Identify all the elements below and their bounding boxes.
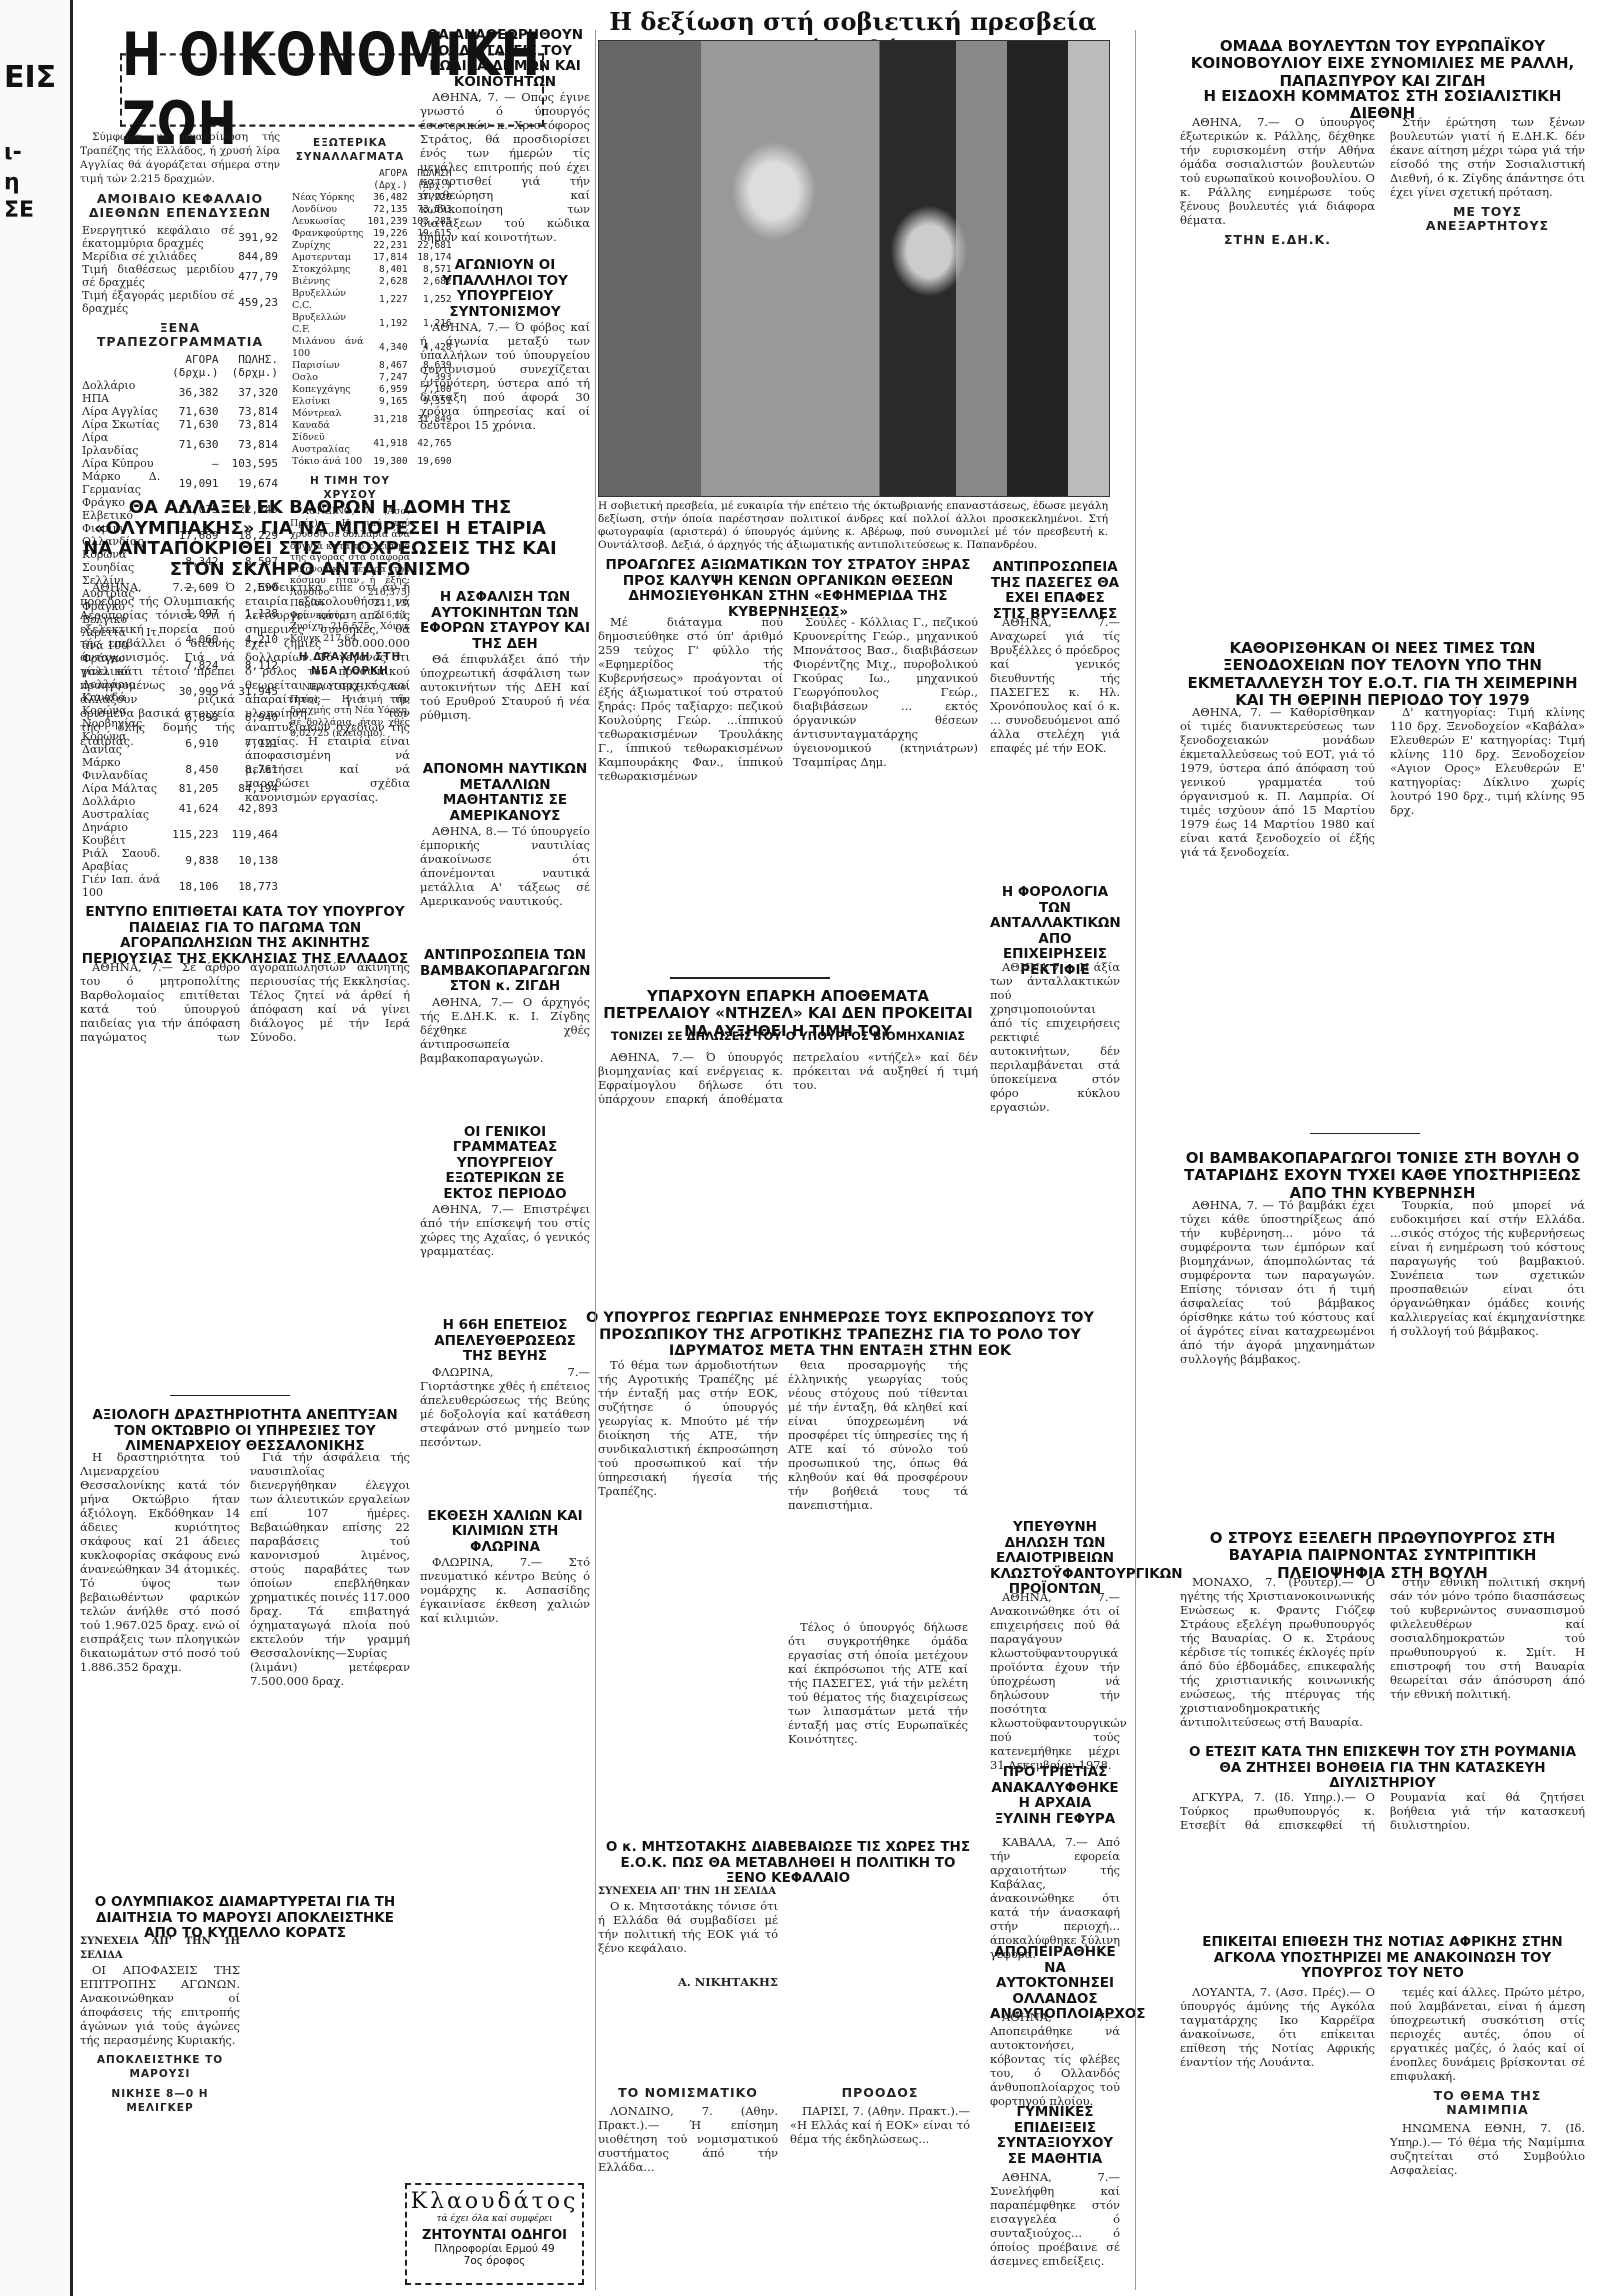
gold-sovereign-note: Σύμφωνα μέ ανακοίνωση τής Τραπέζης τής Ε… [80, 130, 280, 186]
article-agri-col3: Τέλος ό ύπουργός δήλωσε ότι συγκροτήθηκε… [788, 1620, 968, 1749]
article-hotels-col2: Δ' κατηγορίας: Τιμή κλίνης 110 δρχ. Ξενο… [1390, 705, 1585, 820]
article-strauss-col1: ΜΟΝΑΧΟ, 7. (Ρόυτερ).— Ο ηγέτης τής Χριστ… [1180, 1575, 1375, 1732]
divider [170, 1395, 290, 1396]
column-rule [595, 30, 596, 2290]
headline: Η 66Η ΕΠΕΤΕΙΟΣ ΑΠΕΛΕΥΘΕΡΩΣΕΩΣ ΤΗΣ ΒΕΥΗΣ [420, 1318, 590, 1365]
embassy-reception-photo [598, 40, 1110, 497]
headline-agri-bank: Ο ΥΠΟΥΡΓΟΣ ΓΕΩΡΓΙΑΣ ΕΝΗΜΕΡΩΣΕ ΤΟΥΣ ΕΚΠΡΟ… [570, 1310, 1110, 1360]
headline: ΟΙ ΓΕΝΙΚΟΙ ΓΡΑΜΜΑΤΕΑΣ ΥΠΟΥΡΓΕΙΟΥ ΕΞΩΤΕΡΙ… [420, 1125, 590, 1203]
column-rule [1135, 30, 1136, 2290]
headline-declaration: ΥΠΕΥΘΥΝΗ ΔΗΛΩΣΗ ΤΩΝ ΕΛΑΙΟΤΡΙΒΕΙΩΝ ΚΛΩΣΤΟ… [990, 1520, 1120, 1598]
table-row: Τιμή διαθέσεως μεριδίου σέ δραχμές477,79 [80, 263, 280, 289]
table-row: Ενεργητικό κεφάλαιο σέ έκατομμύρια δραχμ… [80, 224, 280, 250]
article-agri-col2: θεια προσαρμογής τής έλληνικής γεωργίας … [788, 1358, 968, 1515]
article-officer: ΑΘΗΝΑ, 7.— Αποπειράθηκε νά αυτοκτονήσει,… [990, 2010, 1120, 2111]
headline: ΑΠΟΝΟΜΗ ΝΑΥΤΙΚΩΝ ΜΕΤΑΛΛΙΩΝ ΜΑΘΗΤΑΝΤΙΣ ΣΕ… [420, 762, 590, 824]
article-hotels-col1: ΑΘΗΝΑ, 7. — Καθορίσθηκαν οί τιμές διανυκ… [1180, 705, 1375, 862]
article-port-col1: Η δραστηριότητα τού Λιμεναρχείου Θεσσαλο… [80, 1450, 240, 1677]
headline-angola: ΕΠΙΚΕΙΤΑΙ ΕΠΙΘΕΣΗ ΤΗΣ ΝΟΤΙΑΣ ΑΦΡΙΚΗΣ ΣΤΗ… [1180, 1935, 1585, 1982]
table-row: Λίρα Κύπρου—103,595 [80, 457, 280, 470]
table-row: Λίρα Σκωτίας71,63073,814 [80, 418, 280, 431]
mutual-fund-title: ΑΜΟΙΒΑΙΟ ΚΕΦΑΛΑΙΟ ΔΙΕΘΝΩΝ ΕΠΕΝΔΥΣΕΩΝ [80, 192, 280, 220]
headline-port: ΑΞΙΟΛΟΓΗ ΔΡΑΣΤΗΡΙΟΤΗΤΑ ΑΝΕΠΤΥΞΑΝ ΤΟΝ ΟΚΤ… [80, 1408, 410, 1455]
ad-headline: ΖΗΤΟΥΝΤΑΙ ΟΔΗΓΟΙ [407, 2228, 582, 2243]
ad-address: Πληροφορίαι Ερμού 49 [407, 2243, 582, 2255]
headline-strauss: Ο ΣΤΡΟΥΣ ΕΞΕΛΕΓΗ ΠΡΩΘΥΠΟΥΡΓΟΣ ΣΤΗ ΒΑΥΑΡΙ… [1180, 1530, 1585, 1582]
ad-brand: Κλαουδάτος [407, 2189, 582, 2214]
article-olympic-col2: Ενδεικτικά είπε ότι άν ή εταιρία εξακολο… [245, 580, 410, 807]
article-strauss-col2: στήν εθνική πολιτική σκηνή σάν τόν μόνο … [1390, 1575, 1585, 1704]
table-row: Γιέν Ιαπ. άνά 10018,10618,773 [80, 873, 280, 899]
headline: ΑΝΤΙΠΡΟΣΩΠΕΙΑ ΤΩΝ ΒΑΜΒΑΚΟΠΑΡΑΓΩΓΩΝ ΣΤΟΝ … [420, 948, 590, 995]
article-church: ΑΘΗΝΑ, 7.— Σέ άρθρο του ό μητροπολίτης Β… [80, 960, 410, 1360]
headline-meps: ΟΜΑΔΑ ΒΟΥΛΕΥΤΩΝ ΤΟΥ ΕΥΡΩΠΑΪΚΟΥ ΚΟΙΝΟΒΟΥΛ… [1180, 38, 1585, 90]
table-row: Μερίδια σέ χιλιάδες844,89 [80, 250, 280, 263]
article-progress: ΠΡΟΟΔΟΣ ΠΑΡΙΣΙ, 7. (Αθην. Πρακτ.).— «Η Ε… [790, 2080, 970, 2149]
table-row: Δολλάριο ΗΠΑ36,38237,320 [80, 379, 280, 405]
edge-fragment: ι- [4, 140, 22, 165]
headline-church: ΕΝΤΥΠΟ ΕΠΙΤΙΘΕΤΑΙ ΚΑΤΑ ΤΟΥ ΥΠΟΥΡΓΟΥ ΠΑΙΔ… [80, 905, 410, 967]
headline: ΑΓΩΝΙΟΥΝ ΟΙ ΥΠΑΛΛΗΛΟΙ ΤΟΥ ΥΠΟΥΡΓΕΙΟΥ ΣΥΝ… [420, 258, 590, 320]
headline-exposure: ΓΥΜΝΙΚΕΣ ΕΠΙΔΕΙΞΕΙΣ ΣΥΝΤΑΞΙΟΥΧΟΥ ΣΕ ΜΑΘΗ… [990, 2105, 1120, 2167]
article-paseges: ΑΘΗΝΑ, 7.— Αναχωρεί γιά τίς Βρυξέλλες ό … [990, 615, 1120, 758]
ad-floor: 7ος όροφος [407, 2255, 582, 2267]
article-angola-col2: τεμές καί άλλες. Πρώτο μέτρο, πού λαμβάν… [1390, 1985, 1585, 2180]
headline-mitsotakis: Ο κ. ΜΗΤΣΟΤΑΚΗΣ ΔΙΑΒΕΒΑΙΩΣΕ ΤΙΣ ΧΩΡΕΣ ΤΗ… [598, 1840, 978, 1887]
edge-fragment: ΕΙΣ [4, 60, 56, 95]
article-angola-col1: ΛΟΥΑΝΤΑ, 7. (Ασσ. Πρές).— Ο ύπουργός άμύ… [1180, 1985, 1375, 2072]
fx-title: ΕΞΩΤΕΡΙΚΑ ΣΥΝΑΛΛΑΓΜΑΤΑ [290, 136, 410, 164]
headline-paseges: ΑΝΤΙΠΡΟΣΩΠΕΙΑ ΤΗΣ ΠΑΣΕΓΕΣ ΘΑ ΕΧΕΙ ΕΠΑΦΕΣ… [990, 560, 1120, 622]
headline-promotions: ΠΡΟΑΓΩΓΕΣ ΑΞΙΩΜΑΤΙΚΩΝ ΤΟΥ ΣΤΡΑΤΟΥ ΞΗΡΑΣ … [598, 558, 978, 620]
photo-caption: Η σοβιετική πρεσβεία, μέ ευκαιρία τήν επ… [598, 500, 1108, 552]
edge-fragment: η [4, 170, 20, 195]
article-diesel: ΑΘΗΝΑ, 7.— Ό ύπουργός βιομηχανίας καί εν… [598, 1050, 978, 1270]
article-coin: ΤΟ ΝΟΜΙΣΜΑΤΙΚΟ ΛΟΝΔΙΝΟ, 7. (Αθην. Πρακτ.… [598, 2080, 778, 2177]
article-meps-col1: ΑΘΗΝΑ, 7.— Ο ύπουργός έξωτερικών κ. Ράλλ… [1180, 115, 1375, 251]
article-agri-col1: Τό θέμα των άρμοδιοτήτων τής Αγροτικής Τ… [598, 1358, 778, 1501]
table-row: Δηνάριο Κουβέιτ115,223119,464 [80, 821, 280, 847]
table-row: Τόκιο άνά 10019,30019,690 [290, 456, 454, 468]
column-briefs-2: Η ΑΣΦΑΛΙΣΗ ΤΩΝ ΑΥΤΟΚΙΝΗΤΩΝ ΤΩΝ ΕΦΟΡΩΝ ΣΤ… [420, 590, 590, 1628]
article-exposure: ΑΘΗΝΑ, 7.— Συνελήφθη καί παραπέμφθηκε στ… [990, 2170, 1120, 2271]
article-olympic-col1: ΑΘΗΝΑ, 7.— Ό πρόεδρος τής Ολυμπιακής Αερ… [80, 580, 235, 751]
headline-hotels: ΚΑΘΟΡΙΣΘΗΚΑΝ ΟΙ ΝΕΕΣ ΤΙΜΕΣ ΤΩΝ ΞΕΝΟΔΟΧΕΙ… [1180, 640, 1585, 709]
article-promotions-col2: Σούλές - Κόλλιας Γ., πεζικού Κρυονερίτης… [793, 615, 978, 772]
headline-cotton: ΟΙ ΒΑΜΒΑΚΟΠΑΡΑΓΩΓΟΙ ΤΟΝΙΣΕ ΣΤΗ ΒΟΥΛΗ Ο Τ… [1180, 1150, 1585, 1202]
article-olympiakos-col1: ΣΥΝΕΧΕΙΑ ΑΠ' ΤΗΝ 1Η ΣΕΛΙΔΑ ΟΙ ΑΠΟΦΑΣΕΙΣ … [80, 1935, 240, 2119]
headline: Η ΑΣΦΑΛΙΣΗ ΤΩΝ ΑΥΤΟΚΙΝΗΤΩΝ ΤΩΝ ΕΦΟΡΩΝ ΣΤ… [420, 590, 590, 652]
table-row: Σίδνεϋ Αυστραλίας41,91842,765 [290, 432, 454, 456]
article-port-col2: Γιά τήν άσφάλεια τής ναυσιπλοΐας διενεργ… [250, 1450, 410, 1691]
article-cotton-col1: ΑΘΗΝΑ, 7. — Τό βαμβάκι έχει τύχει κάθε ύ… [1180, 1198, 1375, 1369]
article-declaration: ΑΘΗΝΑ, 7.— Ανακοινώθηκε ότι οί επιχειρήσ… [990, 1590, 1120, 1775]
table-row: Ριάλ Σαουδ. Αραβίας9,83810,138 [80, 847, 280, 873]
table-row: Λίρα Αγγλίας71,63073,814 [80, 405, 280, 418]
article-parts-tax: ΑΘΗΝΑ 7.— Η άξία των άνταλλακτικών πού χ… [990, 960, 1120, 1117]
divider [670, 977, 830, 979]
table-row: Τιμή έξαγοράς μεριδίου σέ δραχμές459,23 [80, 289, 280, 315]
table-row: Μάρκο Δ. Γερμανίας19,09119,674 [80, 470, 280, 496]
headline: ΘΑ ΑΝΑΘΕΩΡΗΘΟΥΝ ΟΙ ΔΙΑΤΑΞΕΙΣ ΤΟΥ ΚΩΔΙΚΑ … [420, 28, 590, 90]
headline-romania: Ο ΕΤΕΣΙΤ ΚΑΤΑ ΤΗΝ ΕΠΙΣΚΕΨΗ ΤΟΥ ΣΤΗ ΡΟΥΜΑ… [1180, 1745, 1585, 1792]
article-meps-col2: Στήν έρώτηση των ξένων βουλευτών γιατί ή… [1390, 115, 1585, 237]
column-briefs: ΘΑ ΑΝΑΘΕΩΡΗΘΟΥΝ ΟΙ ΔΙΑΤΑΞΕΙΣ ΤΟΥ ΚΩΔΙΚΑ … [420, 28, 590, 435]
article-cotton-col2: Τουρκία, πού μπορεί νά ευδοκιμήσει καί σ… [1390, 1198, 1585, 1341]
article-promotions-col1: Μέ διάταγμα πού δημοσιεύθηκε στό ύπ' άρι… [598, 615, 783, 786]
byline: Α. ΝΙΚΗΤΑΚΗΣ [598, 1975, 778, 1989]
edge-fragment: ΣΕ [4, 198, 34, 223]
table-row: Λίρα Ιρλανδίας71,63073,814 [80, 431, 280, 457]
divider [1310, 1133, 1420, 1134]
article-mitsotakis: ΣΥΝΕΧΕΙΑ ΑΠ' ΤΗΝ 1Η ΣΕΛΙΔΑ Ο κ. Μητσοτάκ… [598, 1885, 778, 1989]
ad-tagline: τά έχει όλα καί συμφέρει [407, 2214, 582, 2224]
headline: ΕΚΘΕΣΗ ΧΑΛΙΩΝ ΚΑΙ ΚΙΛΙΜΙΩΝ ΣΤΗ ΦΛΩΡΙΝΑ [420, 1509, 590, 1556]
subhead-diesel: ΤΟΝΙΖΕΙ ΣΕ ΔΗΛΩΣΕΙΣ ΤΟΥ Ο ΥΠΟΥΡΓΟΣ ΒΙΟΜΗ… [598, 1030, 978, 1043]
headline-olympic: ΘΑ ΑΛΛΑΞΕΙ ΕΚ ΒΑΘΡΩΝ Η ΔΟΜΗ ΤΗΣ «ΟΛΥΜΠΙΑ… [80, 498, 560, 581]
adjacent-page-edge: ΕΙΣ ι- η ΣΕ [0, 0, 73, 2296]
headline-bridge: ΠΡΟ ΤΡΙΕΤΙΑΣ ΑΝΑΚΑΛΥΦΘΗΚΕ Η ΑΡΧΑΙΑ ΞΥΛΙΝ… [990, 1765, 1120, 1827]
article-romania: ΑΓΚΥΡΑ, 7. (Ιδ. Υπηρ.).— Ο Τούρκος πρωθυ… [1180, 1790, 1585, 1834]
mutual-fund-table: Ενεργητικό κεφάλαιο σέ έκατομμύρια δραχμ… [80, 224, 280, 315]
classified-advertisement: Κλαουδάτος τά έχει όλα καί συμφέρει ΖΗΤΟ… [405, 2183, 584, 2285]
banknotes-title: ΞΕΝΑ ΤΡΑΠΕΖΟΓΡΑΜΜΑΤΙΑ [80, 321, 280, 349]
